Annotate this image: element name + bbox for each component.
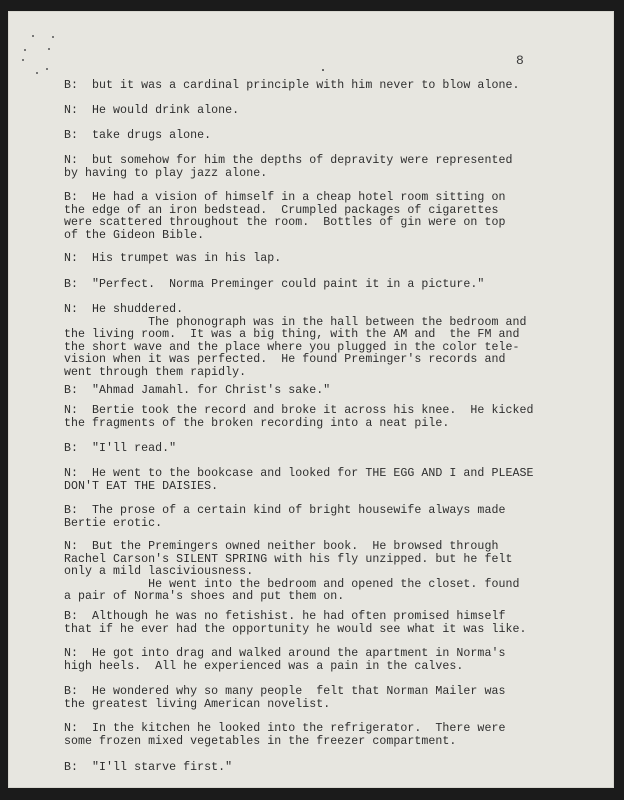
text-line: N: but somehow for him the depths of dep… xyxy=(64,155,584,168)
paragraph: N: But the Premingers owned neither book… xyxy=(64,541,584,604)
paragraph: N: but somehow for him the depths of dep… xyxy=(64,155,584,180)
text-line: some frozen mixed vegetables in the free… xyxy=(64,736,584,749)
text-line: DON'T EAT THE DAISIES. xyxy=(64,481,584,494)
typewritten-page: 8 B: but it was a cardinal principle wit… xyxy=(8,11,614,788)
text-line: only a mild lasciviousness. xyxy=(64,566,584,579)
text-line: N: He would drink alone. xyxy=(64,105,584,118)
paragraph: N: He got into drag and walked around th… xyxy=(64,648,584,673)
paragraph: B: Although he was no fetishist. he had … xyxy=(64,611,584,636)
paragraph: B: "Ahmad Jamahl. for Christ's sake." xyxy=(64,385,584,398)
text-line: N: He went to the bookcase and looked fo… xyxy=(64,468,584,481)
text-line: of the Gideon Bible. xyxy=(64,230,584,243)
text-line: B: "Perfect. Norma Preminger could paint… xyxy=(64,279,584,292)
text-line: N: But the Premingers owned neither book… xyxy=(64,541,584,554)
paragraph: B: The prose of a certain kind of bright… xyxy=(64,505,584,530)
text-line: high heels. All he experienced was a pai… xyxy=(64,661,584,674)
text-line: B: Although he was no fetishist. he had … xyxy=(64,611,584,624)
text-line: N: He shuddered. xyxy=(64,304,584,317)
paragraph: B: but it was a cardinal principle with … xyxy=(64,80,584,93)
paragraph: N: His trumpet was in his lap. xyxy=(64,253,584,266)
text-line: B: but it was a cardinal principle with … xyxy=(64,80,584,93)
text-line: the living room. It was a big thing, wit… xyxy=(64,329,584,342)
paragraph: N: He went to the bookcase and looked fo… xyxy=(64,468,584,493)
text-line: B: He had a vision of himself in a cheap… xyxy=(64,192,584,205)
text-line: B: "Ahmad Jamahl. for Christ's sake." xyxy=(64,385,584,398)
text-line: B: "I'll starve first." xyxy=(64,762,584,775)
paragraph: N: Bertie took the record and broke it a… xyxy=(64,405,584,430)
text-line: the fragments of the broken recording in… xyxy=(64,418,584,431)
paragraph: B: "Perfect. Norma Preminger could paint… xyxy=(64,279,584,292)
text-line: B: take drugs alone. xyxy=(64,130,584,143)
text-line: Bertie erotic. xyxy=(64,518,584,531)
text-line: B: He wondered why so many people felt t… xyxy=(64,686,584,699)
text-line: N: In the kitchen he looked into the ref… xyxy=(64,723,584,736)
paragraph: N: In the kitchen he looked into the ref… xyxy=(64,723,584,748)
text-line: B: "I'll read." xyxy=(64,443,584,456)
paragraph: N: He shuddered. The phonograph was in t… xyxy=(64,304,584,380)
paragraph: B: He had a vision of himself in a cheap… xyxy=(64,192,584,242)
page-number: 8 xyxy=(516,53,524,68)
text-line: N: Bertie took the record and broke it a… xyxy=(64,405,584,418)
text-line: N: His trumpet was in his lap. xyxy=(64,253,584,266)
text-line: were scattered throughout the room. Bott… xyxy=(64,217,584,230)
text-line: went through them rapidly. xyxy=(64,367,584,380)
text-line: N: He got into drag and walked around th… xyxy=(64,648,584,661)
paragraph: N: He would drink alone. xyxy=(64,105,584,118)
paragraph: B: "I'll starve first." xyxy=(64,762,584,775)
text-line: B: The prose of a certain kind of bright… xyxy=(64,505,584,518)
paragraph: B: take drugs alone. xyxy=(64,130,584,143)
text-line: by having to play jazz alone. xyxy=(64,168,584,181)
paragraph: B: He wondered why so many people felt t… xyxy=(64,686,584,711)
text-line: a pair of Norma's shoes and put them on. xyxy=(64,591,584,604)
text-line: the greatest living American novelist. xyxy=(64,699,584,712)
text-line: that if he ever had the opportunity he w… xyxy=(64,624,584,637)
paragraph: B: "I'll read." xyxy=(64,443,584,456)
